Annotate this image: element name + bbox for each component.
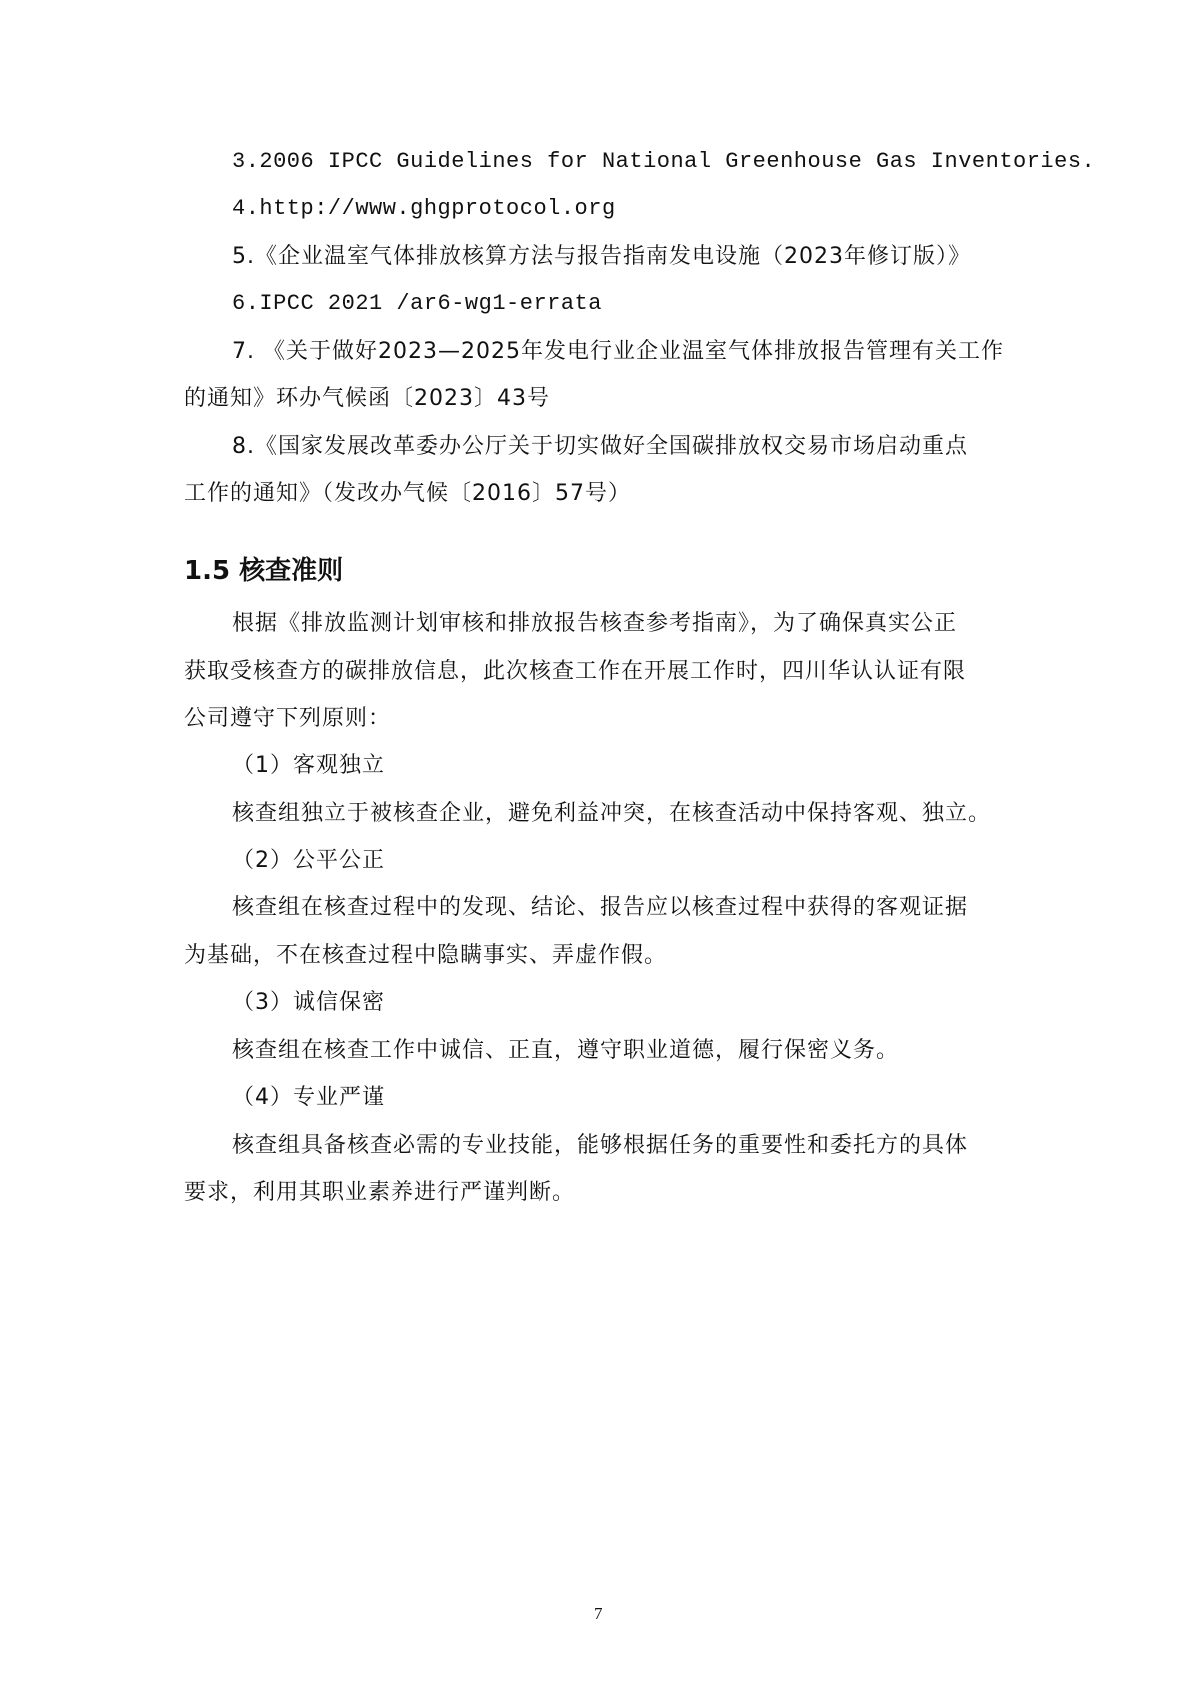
intro-line-1: 根据《排放监测计划审核和排放报告核查参考指南》，为了确保真实公正 [232,609,957,639]
intro-line-2: 获取受核查方的碳排放信息，此次核查工作在开展工作时，四川华认认证有限 [184,657,966,687]
principle-2-body-2: 为基础，不在核查过程中隐瞒事实、弄虚作假。 [184,941,667,971]
principle-2-title: （2）公平公正 [232,846,385,876]
principle-1-body: 核查组独立于被核查企业，避免利益冲突，在核查活动中保持客观、独立。 [232,799,991,829]
principle-3-title: （3）诚信保密 [232,988,385,1018]
section-heading: 1.5 核查准则 [184,554,343,588]
reference-6: 6.IPCC 2021 /ar6-wg1-errata [232,289,602,319]
reference-8-cont: 工作的通知》（发改办气候〔2016〕57号） [184,479,631,509]
reference-7-cont: 的通知》环办气候函〔2023〕43号 [184,384,550,414]
reference-3: 3.2006 IPCC Guidelines for National Gree… [232,147,1095,177]
reference-8: 8.《国家发展改革委办公厅关于切实做好全国碳排放权交易市场启动重点 [232,432,968,462]
principle-4-title: （4）专业严谨 [232,1083,385,1113]
principle-4-body-1: 核查组具备核查必需的专业技能，能够根据任务的重要性和委托方的具体 [232,1131,968,1161]
reference-5: 5.《企业温室气体排放核算方法与报告指南发电设施（2023年修订版）》 [232,242,971,272]
page-number: 7 [594,1604,603,1624]
principle-1-title: （1）客观独立 [232,751,385,781]
intro-line-3: 公司遵守下列原则： [184,704,391,734]
principle-2-body-1: 核查组在核查过程中的发现、结论、报告应以核查过程中获得的客观证据 [232,893,968,923]
principle-4-body-2: 要求，利用其职业素养进行严谨判断。 [184,1178,575,1208]
reference-7: 7. 《关于做好2023—2025年发电行业企业温室气体排放报告管理有关工作 [232,337,1004,367]
principle-3-body: 核查组在核查工作中诚信、正直，遵守职业道德，履行保密义务。 [232,1036,899,1066]
reference-4: 4.http://www.ghgprotocol.org [232,194,616,224]
